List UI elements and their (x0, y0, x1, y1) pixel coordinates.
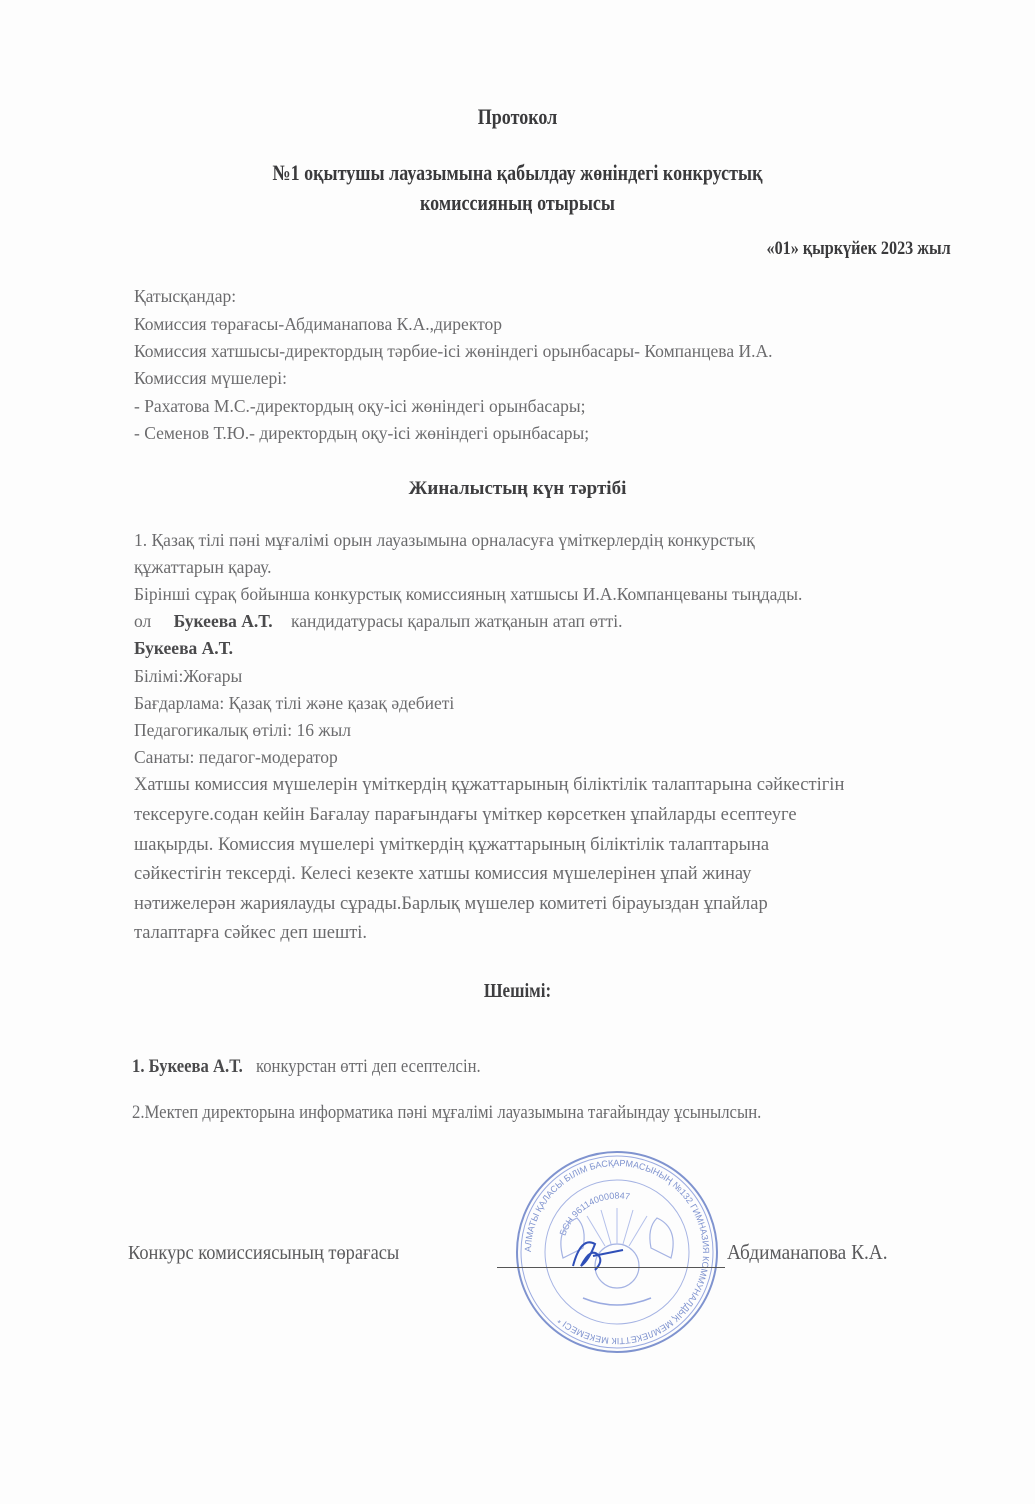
candidate-education: Білімі:Жоғары (134, 666, 242, 687)
document-title: Протокол (93, 104, 942, 130)
decision-heading: Шешімі: (78, 980, 958, 1003)
member-item: - Семенов Т.Ю.- директордың оқу-ісі жөні… (134, 423, 589, 444)
signature-line (497, 1267, 725, 1268)
candidate-category: Санаты: педагог-модератор (134, 747, 338, 768)
decision-item1: 1. Букеева А.Т. конкурстан өтті деп есеп… (132, 1057, 481, 1078)
signature-label: Конкурс комиссиясының төрағасы (128, 1242, 399, 1265)
candidate-heading: Букеева А.Т. (134, 638, 233, 659)
decision-item2: 2.Мектеп директорына информатика пәні мұ… (132, 1102, 761, 1124)
signature-name: Абдиманапова К.А. (727, 1240, 888, 1265)
agenda-item1-line2: құжаттарын қарау. (134, 557, 271, 578)
candidate-experience: Педагогикалық өтілі: 16 жыл (134, 720, 351, 741)
participant-chair: Комиссия төрағасы-Абдиманапова К.А.,дире… (134, 314, 502, 335)
noted-suffix: кандидатурасы қаралып жатқанын атап өтті… (291, 611, 623, 631)
decision-item1-text: конкурстан өтті деп есептелсін. (256, 1057, 481, 1077)
participants-heading: Қатысқандар: (134, 286, 236, 307)
members-heading: Комиссия мүшелері: (134, 368, 287, 389)
document-subtitle-line2: комиссияның отырысы (93, 190, 942, 216)
paragraph-line: Хатшы комиссия мүшелерін үміткердің құжа… (134, 775, 844, 796)
candidate-program: Бағдарлама: Қазақ тілі және қазақ әдебие… (134, 693, 454, 714)
document-date: «01» қыркүйек 2023 жыл (767, 238, 951, 260)
agenda-noted-line: ол Букеева А.Т. кандидатурасы қаралып жа… (134, 611, 623, 632)
candidate-name: Букеева А.Т. (174, 611, 273, 631)
paragraph-line: шақырды. Комиссия мүшелері үміткердің құ… (134, 835, 769, 856)
svg-text:БСН 961140000847: БСН 961140000847 (558, 1191, 631, 1238)
agenda-heading: Жиналыстың күн тәртібі (0, 478, 1035, 500)
paragraph-line: нәтижелерән жариялауды сұрады.Барлық мүш… (134, 894, 768, 915)
noted-prefix: ол (134, 611, 151, 631)
decision-item1-name: 1. Букеева А.Т. (132, 1057, 243, 1077)
official-seal-icon: АЛМАТЫ ҚАЛАСЫ БІЛІМ БАСҚАРМАСЫНЫҢ №132 Г… (513, 1148, 721, 1356)
paragraph-line: сәйкестігін тексерді. Келесі кезекте хат… (134, 864, 751, 885)
document-subtitle-line1: №1 оқытушы лауазымына қабылдау жөніндегі… (93, 160, 942, 186)
member-item: - Рахатова М.С.-директордың оқу-ісі жөні… (134, 396, 585, 417)
paragraph-line: тексеруге.содан кейін Бағалау парағындағ… (134, 805, 797, 826)
agenda-item1-line1: 1. Қазақ тілі пәні мұғалімі орын лауазым… (134, 530, 755, 551)
paragraph-line: талаптарға сәйкес деп шешті. (134, 923, 367, 944)
agenda-heard-line: Бірінші сұрақ бойынша конкурстық комисси… (134, 584, 802, 605)
participant-secretary: Комиссия хатшысы-директордың тәрбие-ісі … (134, 341, 773, 362)
